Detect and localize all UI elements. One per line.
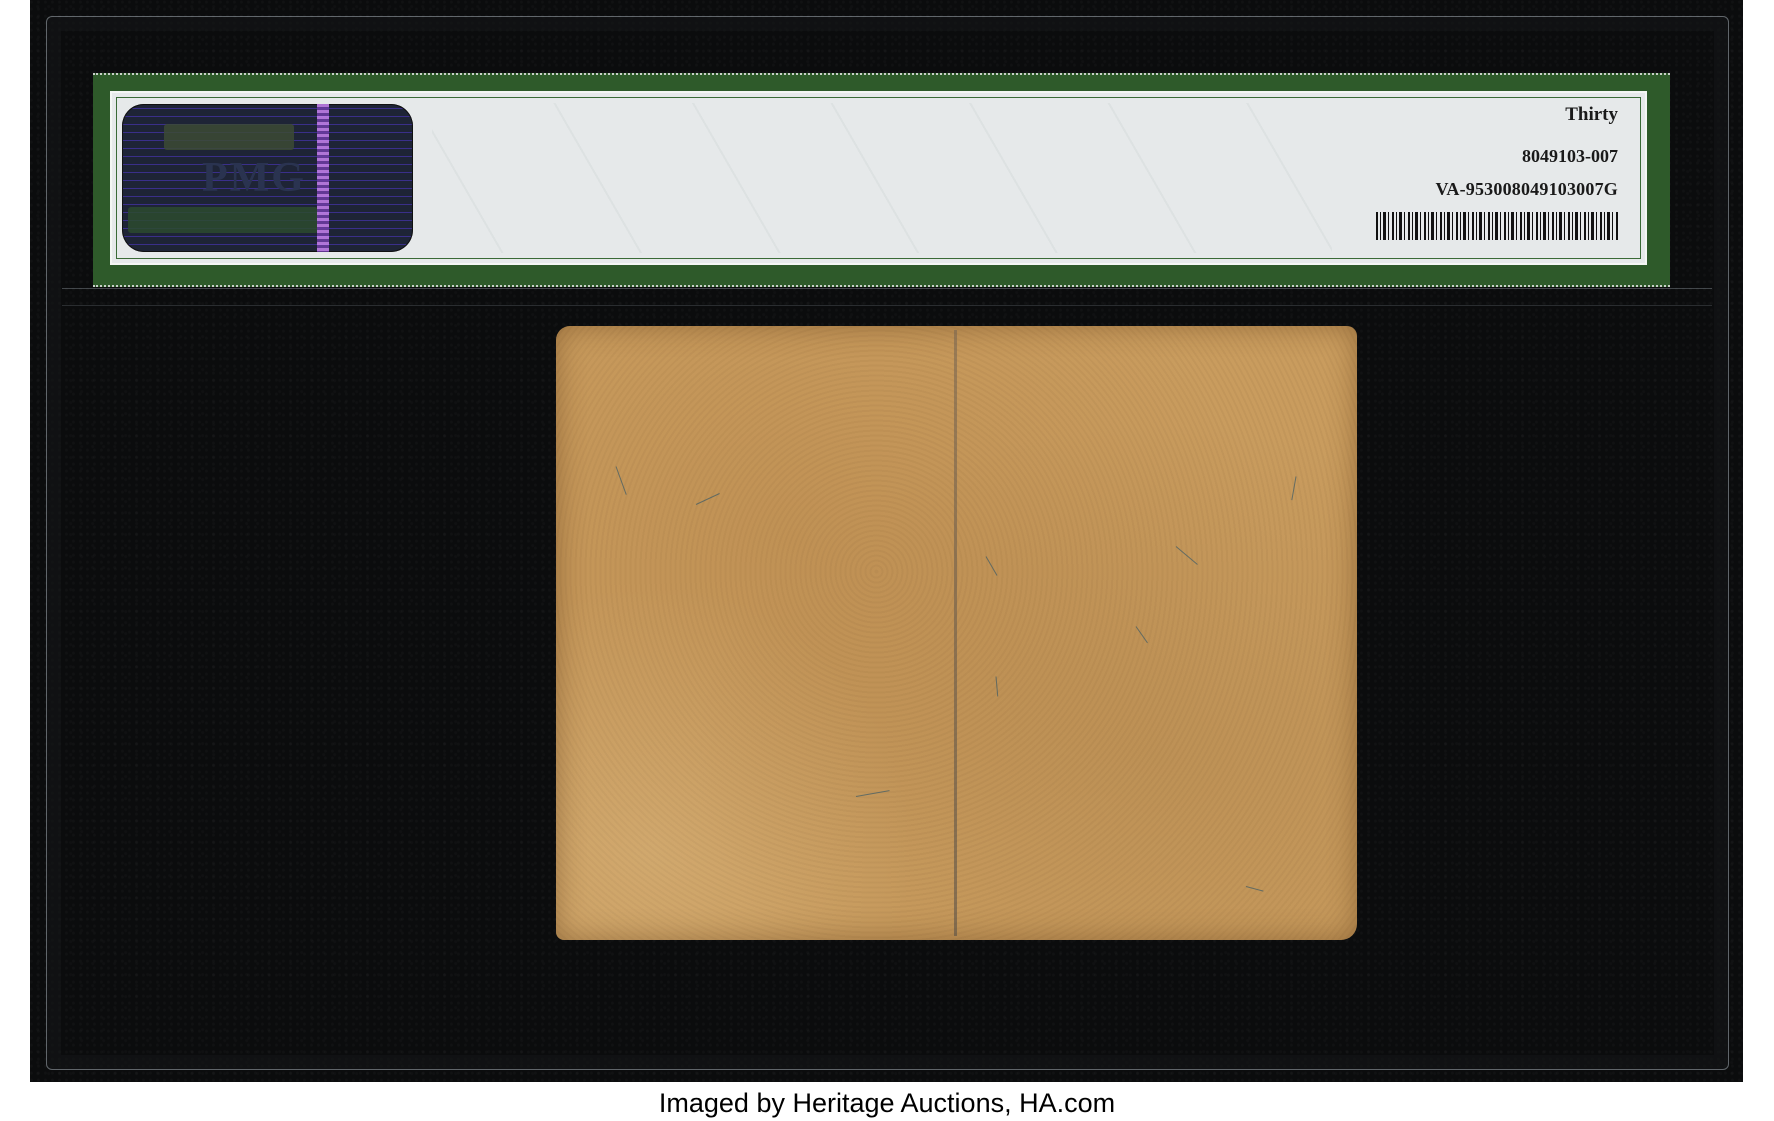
label-panel: PMG Thirty 8049103-007 VA-95300804910300… bbox=[112, 93, 1645, 263]
image-credit: Imaged by Heritage Auctions, HA.com bbox=[0, 1088, 1774, 1119]
hologram-band-top bbox=[164, 124, 294, 150]
paper-fiber bbox=[996, 676, 999, 696]
catalog-number: VA-953008049103007G bbox=[1436, 179, 1618, 200]
grading-label: PMG Thirty 8049103-007 VA-95300804910300… bbox=[93, 73, 1670, 287]
paper-fiber bbox=[1291, 476, 1296, 500]
hologram-band-bottom bbox=[128, 207, 318, 233]
hologram-logo: PMG bbox=[202, 154, 306, 202]
paper-fiber bbox=[986, 556, 998, 576]
hologram-security-stripe bbox=[317, 104, 329, 252]
paper-fiber bbox=[696, 493, 720, 505]
paper-fiber bbox=[1176, 546, 1198, 565]
paper-fiber bbox=[616, 466, 627, 495]
hologram-icon: PMG bbox=[122, 104, 413, 252]
cert-number: 8049103-007 bbox=[1522, 146, 1618, 167]
label-watermark bbox=[432, 103, 1332, 253]
paper-fiber bbox=[856, 790, 890, 797]
note-fold-line bbox=[954, 330, 957, 936]
slab-divider bbox=[62, 288, 1712, 289]
barcode-icon bbox=[1376, 212, 1618, 240]
banknote-back bbox=[556, 326, 1357, 940]
paper-fiber bbox=[1246, 886, 1264, 892]
grade-text: Thirty bbox=[1565, 104, 1618, 126]
paper-fiber bbox=[1136, 626, 1148, 643]
slab-divider-lower bbox=[62, 305, 1712, 306]
